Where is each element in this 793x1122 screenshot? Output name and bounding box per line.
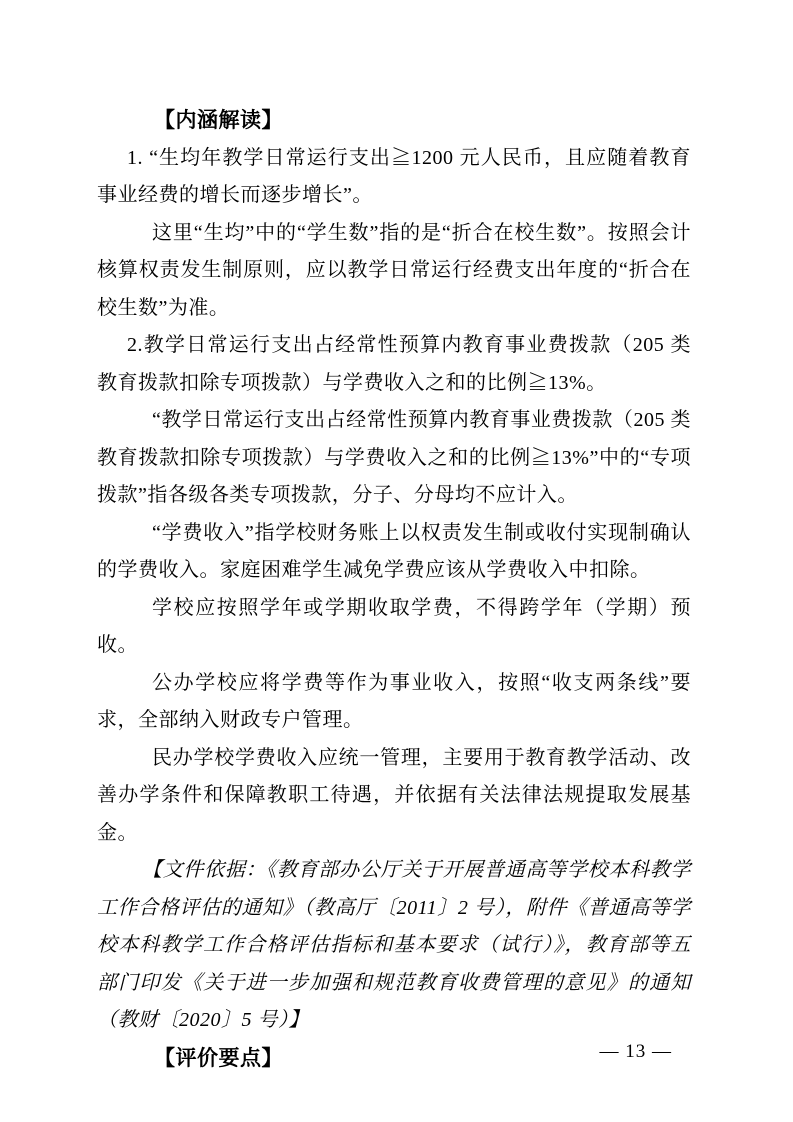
paragraph-public-school-note: 公办学校应将学费等作为事业收入，按照“收支两条线”要求，全部纳入财政专户管理。 bbox=[97, 665, 691, 740]
page-number: — 13 — bbox=[600, 1040, 673, 1064]
document-page: 【内涵解读】 1. “生均年教学日常运行支出≧1200 元人民币，且应随着教育事… bbox=[0, 0, 793, 1122]
paragraph-indicator-1: 1. “生均年教学日常运行支出≧1200 元人民币，且应随着教育事业经费的增长而… bbox=[97, 140, 691, 215]
paragraph-private-school-note: 民办学校学费收入应统一管理，主要用于教育教学活动、改善办学条件和保障教职工待遇，… bbox=[97, 740, 691, 853]
document-content: 【内涵解读】 1. “生均年教学日常运行支出≧1200 元人民币，且应随着教育事… bbox=[97, 102, 691, 1077]
paragraph-student-count-note: 这里“生均”中的“学生数”指的是“折合在校生数”。按照会计核算权责发生制原则，应… bbox=[97, 215, 691, 328]
section-heading-connotation: 【内涵解读】 bbox=[97, 102, 691, 140]
paragraph-indicator-2: 2.教学日常运行支出占经常性预算内教育事业费拨款（205 类教育拨款扣除专项拨款… bbox=[97, 327, 691, 402]
paragraph-tuition-income-note: “学费收入”指学校财务账上以权责发生制或收付实现制确认的学费收入。家庭困难学生减… bbox=[97, 515, 691, 590]
paragraph-special-allocation-note: “教学日常运行支出占经常性预算内教育事业费拨款（205 类教育拨款扣除专项拨款）… bbox=[97, 402, 691, 515]
paragraph-file-basis-citation: 【文件依据：《教育部办公厅关于开展普通高等学校本科教学工作合格评估的通知》（教高… bbox=[97, 852, 691, 1040]
paragraph-tuition-collection-note: 学校应按照学年或学期收取学费，不得跨学年（学期）预收。 bbox=[97, 590, 691, 665]
